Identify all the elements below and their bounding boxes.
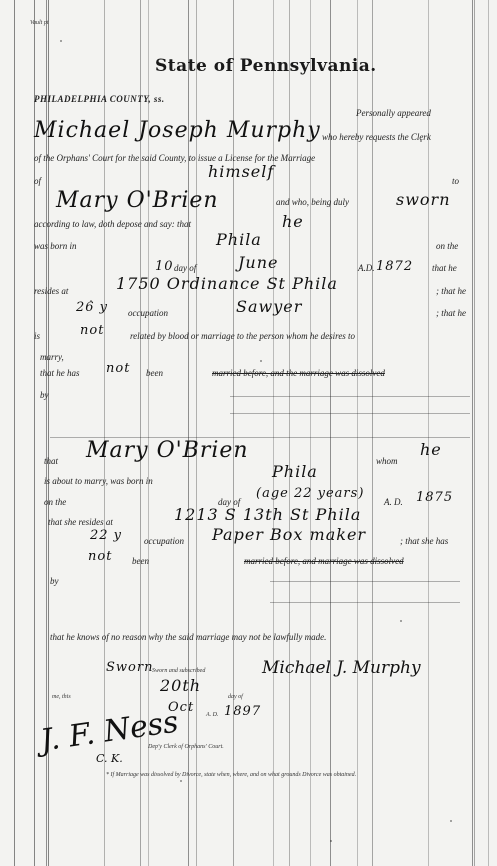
ad-label: A.D. xyxy=(358,263,375,273)
occupation-label: occupation xyxy=(128,308,168,318)
whom-label: whom xyxy=(376,456,398,466)
married-text: married before, and the marriage was dis… xyxy=(212,368,385,378)
applicant-signature: Michael J. Murphy xyxy=(262,658,421,678)
marry-label: marry, xyxy=(40,352,64,362)
that-he-label-2: ; that he xyxy=(436,286,466,296)
day-label: day of xyxy=(228,694,243,700)
rule-line xyxy=(270,581,460,582)
on-the-label: on the xyxy=(436,241,458,251)
married-prefix: that he has xyxy=(40,368,80,378)
sworn-label: Sworn and subscribed xyxy=(152,668,205,674)
of-label: of xyxy=(34,176,41,186)
by-label: by xyxy=(40,390,49,400)
rule-line xyxy=(372,0,373,866)
depose-text: according to law, doth depose and say: t… xyxy=(34,219,191,229)
closing-ad-label: A. D. xyxy=(206,712,219,718)
sworn-value: sworn xyxy=(396,190,451,209)
is-label: is xyxy=(34,331,40,341)
bride-birth-year: 1875 xyxy=(416,490,453,505)
born-label: was born in xyxy=(34,241,77,251)
applicant-occupation: Sawyer xyxy=(236,297,302,316)
that-he-label-3: ; that he xyxy=(436,308,466,318)
related-value: not xyxy=(80,323,104,338)
applicant-name: Michael Joseph Murphy xyxy=(34,118,321,143)
bride-age-note: (age 22 years) xyxy=(256,486,364,501)
sworn-value: Sworn xyxy=(106,660,153,675)
applicant-birth-day: 10 xyxy=(155,259,174,274)
clerk-signature: J. F. Ness xyxy=(38,705,180,759)
me-this-label: me, this xyxy=(52,694,71,700)
applicant-birth-month: June xyxy=(238,253,279,272)
bride-age: 22 y xyxy=(90,528,122,543)
married-value: not xyxy=(106,361,130,376)
resides-label: resides at xyxy=(34,286,68,296)
marriage-license-document: Vault pt State of Pennsylvania. PHILADEL… xyxy=(0,0,497,866)
about-text: is about to marry, was born in xyxy=(44,476,153,486)
of-value: himself xyxy=(208,162,274,181)
bride-ad-label: A. D. xyxy=(384,497,403,507)
bride-by-label: by xyxy=(50,576,59,586)
day-of-label: day of xyxy=(174,263,196,273)
bride-pronoun: he xyxy=(420,440,442,459)
spouse-name: Mary O'Brien xyxy=(56,188,219,213)
to-label: to xyxy=(452,176,459,186)
county-label: PHILADELPHIA COUNTY, ss. xyxy=(34,94,165,104)
bride-occupation-label: occupation xyxy=(144,536,184,546)
request-text: who hereby requests the Clerk xyxy=(322,132,431,142)
rule-line xyxy=(474,0,475,866)
clerk-title: Dep'y Clerk of Orphans' Court. xyxy=(148,744,224,750)
year-value: 1897 xyxy=(224,704,261,719)
bride-birthplace: Phila xyxy=(272,462,318,481)
rule-line xyxy=(357,0,358,866)
bride-been-label: been xyxy=(132,556,149,566)
applicant-birth-year: 1872 xyxy=(376,259,413,274)
document-title: State of Pennsylvania. xyxy=(155,56,377,76)
rule-line xyxy=(270,602,460,603)
lawful-statement: that he knows of no reason why the said … xyxy=(50,632,326,642)
applicant-residence: 1750 Ordinance St Phila xyxy=(116,274,338,293)
bride-married-value: not xyxy=(88,549,112,564)
bride-resides-label: that she resides at xyxy=(48,517,113,527)
been-label: been xyxy=(146,368,163,378)
bride-occupation: Paper Box maker xyxy=(212,525,366,544)
related-text: related by blood or marriage to the pers… xyxy=(130,331,355,341)
applicant-age: 26 y xyxy=(76,300,108,315)
that-she-has: ; that she has xyxy=(400,536,448,546)
applicant-pronoun: he xyxy=(282,212,304,231)
bride-that-label: that xyxy=(44,456,58,466)
personally-appeared-label: Personally appeared xyxy=(356,108,431,118)
clerk-initials: C. K. xyxy=(96,752,123,765)
bride-residence: 1213 S 13th St Phila xyxy=(174,505,361,524)
margin-note: Vault pt xyxy=(30,20,49,26)
sworn-prefix: and who, being duly xyxy=(276,197,349,207)
bride-name: Mary O'Brien xyxy=(86,438,249,463)
rule-line xyxy=(488,0,489,866)
that-he-label: that he xyxy=(432,263,457,273)
day-value: 20th xyxy=(160,676,201,695)
rule-line xyxy=(428,0,429,866)
bride-on-the: on the xyxy=(44,497,66,507)
bride-married-text: married before, and marriage was dissolv… xyxy=(244,556,404,566)
rule-line xyxy=(230,413,470,414)
applicant-birthplace: Phila xyxy=(216,230,262,249)
rule-line xyxy=(230,396,470,397)
rule-line xyxy=(14,0,15,866)
divorce-footnote: * If Marriage was dissolved by Divorce, … xyxy=(106,772,356,778)
